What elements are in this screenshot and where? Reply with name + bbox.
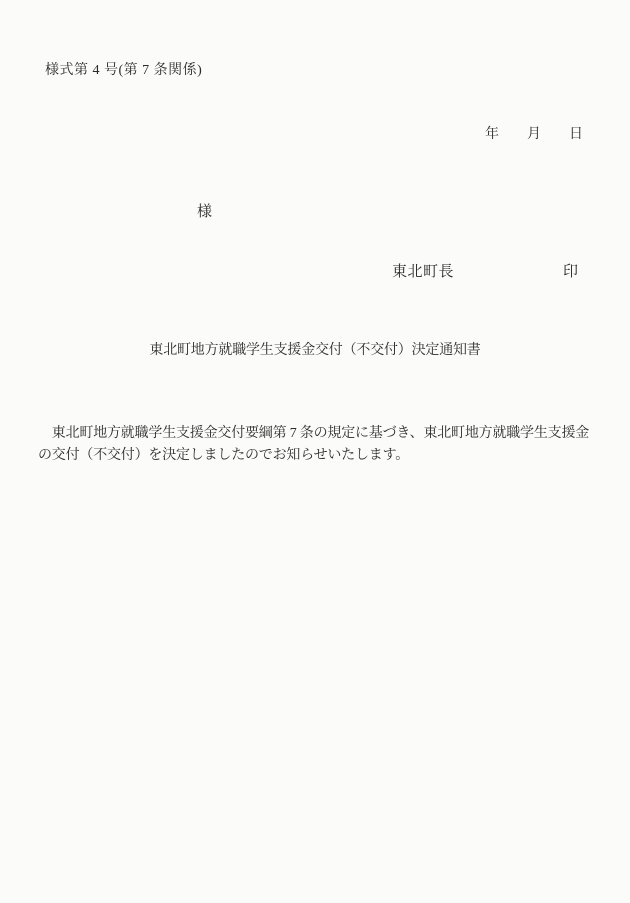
addressee-honorific: 様 [197,205,212,220]
body-paragraph: 東北町地方就職学生支援金交付要綱第 7 条の規定に基づき、東北町地方就職学生支援… [38,423,594,466]
issuer-title: 東北町長 [392,265,454,280]
body-line-1: 東北町地方就職学生支援金交付要綱第 7 条の規定に基づき、東北町地方就職学生支援… [38,423,594,445]
document-page: 様式第 4 号(第 7 条関係) 年 月 日 様 東北町長 印 東北町地方就職学… [0,0,630,903]
document-title: 東北町地方就職学生支援金交付（不交付）決定通知書 [0,344,630,358]
date-line: 年 月 日 [485,128,583,142]
form-number-label: 様式第 4 号(第 7 条関係) [45,64,202,78]
body-line-2: の交付（不交付）を決定しましたのでお知らせいたします。 [38,445,594,467]
date-day-label: 日 [569,128,583,142]
date-month-label: 月 [527,128,541,142]
seal-placeholder: 印 [563,265,578,280]
date-year-label: 年 [485,128,499,142]
